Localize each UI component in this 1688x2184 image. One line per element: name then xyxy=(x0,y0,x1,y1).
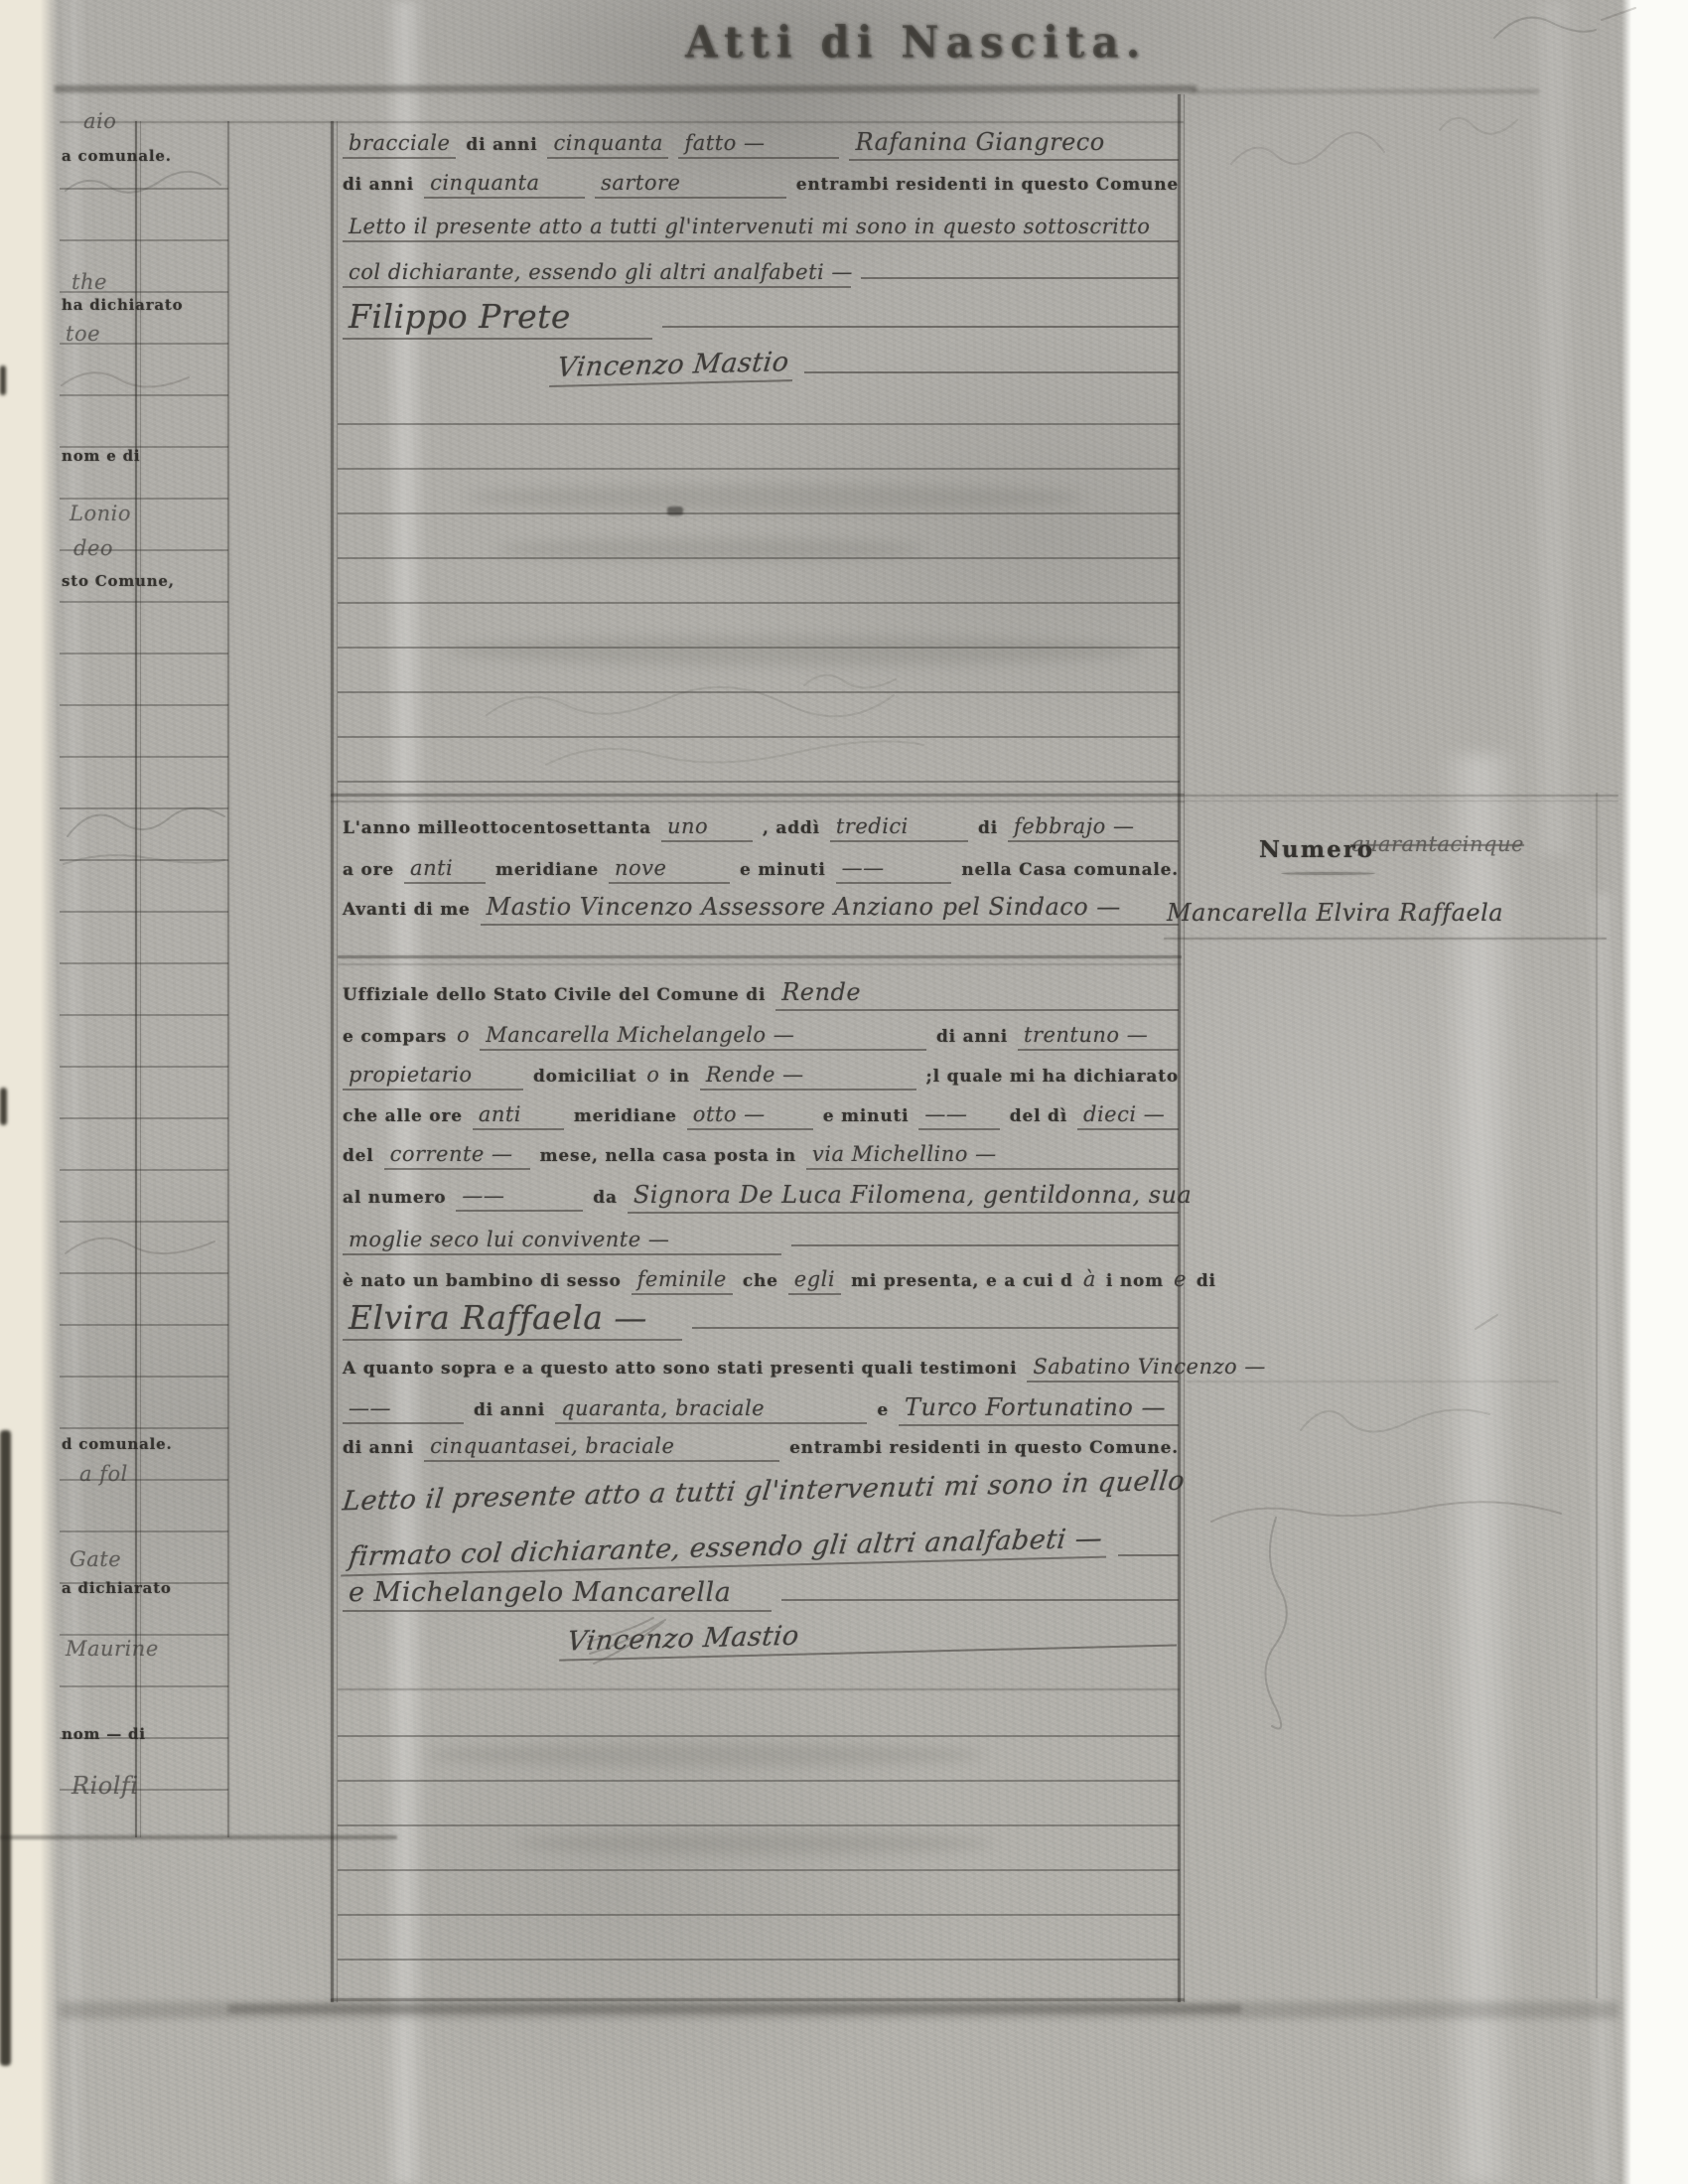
handwritten-entry: —— xyxy=(836,856,952,884)
margin-script-fragment: a fol xyxy=(79,1462,128,1486)
numero-underline xyxy=(1281,872,1375,875)
form-line: —— di anni quaranta, braciale e Turco Fo… xyxy=(343,1394,1179,1426)
form-line: col dichiarante, essendo gli altri analf… xyxy=(343,260,1179,288)
printed-label: Avanti di me xyxy=(343,900,471,921)
form-line: Letto il presente atto a tutti gl'interv… xyxy=(343,1476,1179,1507)
handwritten-entry: cinquanta xyxy=(547,131,668,159)
handwritten-entry: egli xyxy=(788,1267,841,1295)
officer-signature: Vincenzo Mastio xyxy=(549,347,796,387)
handwritten-entry: otto — xyxy=(687,1102,813,1130)
faded-signature-strokes xyxy=(427,655,1142,795)
margin-print-fragment: a dichiarato xyxy=(62,1579,172,1598)
printed-label: entrambi residenti in questo Comune xyxy=(796,175,1179,196)
form-line: L'anno milleottocentosettanta uno , addì… xyxy=(343,814,1179,842)
faded-stamp-smudge xyxy=(496,538,923,560)
form-line: al numero —— da Signora De Luca Filomena… xyxy=(343,1182,1179,1214)
handwritten-entry: Letto il presente atto a tutti gl'interv… xyxy=(343,215,1179,242)
printed-label: , addì xyxy=(763,818,820,839)
margin-script-fragment: Riolfi xyxy=(71,1773,138,1801)
margin-print-fragment: nom — di xyxy=(62,1725,146,1744)
printed-label: i nom xyxy=(1106,1271,1164,1292)
page-title: Atti di Nascita. xyxy=(685,21,1147,65)
handwritten-entry: nove xyxy=(609,856,730,884)
printed-label: e xyxy=(877,1400,889,1421)
form-line: Uffiziale dello Stato Civile del Comune … xyxy=(343,979,1179,1011)
form-line: che alle ore anti meridiane otto — e min… xyxy=(343,1102,1179,1130)
handwritten-entry: dieci — xyxy=(1077,1102,1179,1130)
handwritten-entry: via Michellino — xyxy=(806,1142,1179,1170)
form-box-bottom-rule xyxy=(331,1998,1185,2001)
margin-name-underline xyxy=(1164,938,1607,940)
handwritten-entry: sartore xyxy=(595,171,786,199)
handwritten-entry: Rende — xyxy=(700,1063,916,1091)
handwritten-entry: feminile xyxy=(632,1267,733,1295)
inner-divider xyxy=(338,955,1182,958)
ruled-blank xyxy=(662,324,1179,328)
child-name-script: Elvira Raffaela — xyxy=(343,1299,682,1341)
margin-script-fragment: aio xyxy=(83,109,116,133)
handwritten-entry: fatto — xyxy=(678,131,839,159)
form-line: a ore anti meridiane nove e minuti —— ne… xyxy=(343,856,1179,884)
printed-label: di anni xyxy=(343,1438,414,1459)
handwritten-entry: cinquantasei, braciale xyxy=(424,1434,779,1462)
signature-flourish xyxy=(576,1604,695,1674)
printed-label: e compars xyxy=(343,1027,447,1048)
printed-label: di xyxy=(978,818,998,839)
handwritten-entry: à xyxy=(1083,1267,1096,1291)
handwritten-entry: —— xyxy=(918,1102,999,1130)
handwritten-entry: e xyxy=(1174,1267,1187,1291)
handwritten-entry: trentuno — xyxy=(1018,1023,1179,1051)
handwritten-entry: tredici xyxy=(830,814,968,842)
printed-label: mese, nella casa posta in xyxy=(540,1146,796,1167)
header-rule xyxy=(1192,89,1539,93)
printed-label: domiciliat xyxy=(533,1067,636,1088)
faded-stamp-smudge xyxy=(516,1832,993,1854)
declarant-signature: e Michelangelo Mancarella xyxy=(343,1577,772,1612)
form-line: è nato un bambino di sesso feminile che … xyxy=(343,1267,1179,1295)
printed-label: che xyxy=(743,1271,778,1292)
handwritten-entry: Sabatino Vincenzo — xyxy=(1027,1355,1179,1383)
ruled-blank xyxy=(861,275,1179,279)
printed-label: di anni xyxy=(474,1400,545,1421)
form-line: Vincenzo Mastio xyxy=(343,1619,1179,1654)
binding-mark xyxy=(0,365,6,395)
printed-label: Uffiziale dello Stato Civile del Comune … xyxy=(343,985,766,1006)
printed-label: di xyxy=(1196,1271,1216,1292)
printed-label: è nato un bambino di sesso xyxy=(343,1271,622,1292)
ruled-blank xyxy=(781,1597,1179,1601)
printed-label: di anni xyxy=(466,135,537,156)
section-divider xyxy=(1185,795,1618,797)
form-line: propietario domiciliat o in Rende — ;l q… xyxy=(343,1063,1179,1091)
printed-label: del xyxy=(343,1146,374,1167)
form-line: moglie seco lui convivente — xyxy=(343,1228,1179,1255)
section-divider xyxy=(331,794,1185,797)
handwritten-entry: cinquanta xyxy=(424,171,585,199)
handwritten-entry: —— xyxy=(456,1184,583,1212)
form-line: Filippo Prete xyxy=(343,298,1179,340)
form-line: e Michelangelo Mancarella xyxy=(343,1577,1179,1612)
handwritten-entry: anti xyxy=(404,856,486,884)
form-box-left-rule xyxy=(331,121,334,2002)
ruled-blank xyxy=(791,1242,1179,1246)
form-line: Vincenzo Mastio xyxy=(343,350,1179,384)
printed-label: a ore xyxy=(343,860,394,881)
handwritten-entry: bracciale xyxy=(343,131,456,159)
form-line: bracciale di anni cinquanta fatto — Rafa… xyxy=(343,129,1179,161)
handwritten-entry: corrente — xyxy=(384,1142,530,1170)
handwritten-entry: —— xyxy=(343,1396,464,1424)
corner-pen-mark xyxy=(1484,0,1653,55)
ruled-line xyxy=(338,1688,1180,1690)
form-line: di anni cinquantasei, braciale entrambi … xyxy=(343,1434,1179,1462)
form-line: firmato col dichiarante, essendo gli alt… xyxy=(343,1532,1179,1567)
section-divider xyxy=(1185,801,1618,801)
right-page-edge xyxy=(1621,0,1688,2184)
printed-label: ;l quale mi ha dichiarato xyxy=(926,1067,1179,1088)
binding-shadow xyxy=(0,1430,11,2066)
handwritten-entry: Rafanina Giangreco xyxy=(849,129,1179,161)
printed-label: di anni xyxy=(936,1027,1008,1048)
handwritten-entry: febbrajo — xyxy=(1008,814,1179,842)
margin-script-fragment: Gate xyxy=(70,1547,121,1571)
handwritten-entry: Mastio Vincenzo Assessore Anziano pel Si… xyxy=(481,894,1179,926)
header-rule xyxy=(55,85,1196,92)
margin-script-fragment: Maurine xyxy=(66,1637,159,1661)
handwritten-entry: propietario xyxy=(343,1063,523,1091)
form-line: Letto il presente atto a tutti gl'interv… xyxy=(343,215,1179,242)
ruled-blank xyxy=(804,369,1179,373)
faded-stamp-smudge xyxy=(427,1743,983,1767)
form-line: Avanti di me Mastio Vincenzo Assessore A… xyxy=(343,894,1179,926)
printed-label: di anni xyxy=(343,175,414,196)
closing-script-line: Letto il presente atto a tutti gl'interv… xyxy=(341,1466,1187,1518)
handwritten-entry: moglie seco lui convivente — xyxy=(343,1228,781,1255)
printed-label: al numero xyxy=(343,1188,446,1209)
bottom-smear-band xyxy=(228,2004,1241,2013)
binding-mark xyxy=(0,1088,7,1125)
handwritten-entry: Rende xyxy=(775,979,1179,1011)
handwritten-name: Filippo Prete xyxy=(343,298,652,340)
numero-value-script: quarantacinque xyxy=(1350,832,1524,856)
closing-script-line: firmato col dichiarante, essendo gli alt… xyxy=(341,1524,1110,1577)
handwritten-entry: quaranta, braciale xyxy=(555,1396,867,1424)
form-line: e compars o Mancarella Michelangelo — di… xyxy=(343,1023,1179,1051)
printed-label: e minuti xyxy=(823,1106,910,1127)
form-line: del corrente — mese, nella casa posta in… xyxy=(343,1142,1179,1170)
ruled-blank xyxy=(1118,1552,1179,1556)
printed-label: del dì xyxy=(1010,1106,1067,1127)
form-line: di anni cinquanta sartore entrambi resid… xyxy=(343,171,1179,199)
form-line: Elvira Raffaela — xyxy=(343,1299,1179,1341)
printed-label: e minuti xyxy=(740,860,826,881)
handwritten-entry: col dichiarante, essendo gli altri analf… xyxy=(343,260,851,288)
printed-label: meridiane xyxy=(495,860,599,881)
margin-name-script: Mancarella Elvira Raffaela xyxy=(1167,900,1503,928)
faded-stamp-smudge xyxy=(467,485,1082,510)
handwritten-entry: Turco Fortunatino — xyxy=(899,1394,1179,1426)
handwritten-entry: Signora De Luca Filomena, gentildonna, s… xyxy=(628,1182,1179,1214)
scanned-birth-record-page: Atti di Nascita. aio a comunale. the ha … xyxy=(0,0,1688,2184)
printed-label: mi presenta, e a cui d xyxy=(851,1271,1073,1292)
form-line: A quanto sopra e a questo atto sono stat… xyxy=(343,1355,1179,1383)
margin-print-fragment: d comunale. xyxy=(62,1435,173,1454)
margin-pen-strokes xyxy=(58,169,231,1301)
handwritten-entry: o xyxy=(457,1023,470,1047)
printed-label: meridiane xyxy=(574,1106,677,1127)
inner-divider xyxy=(338,963,1182,965)
ink-blot xyxy=(667,507,683,515)
margin-print-fragment: a comunale. xyxy=(62,147,172,166)
printed-label: in xyxy=(669,1067,689,1088)
printed-label: nella Casa comunale. xyxy=(961,860,1179,881)
printed-label: L'anno milleottocentosettanta xyxy=(343,818,651,839)
handwritten-entry: uno xyxy=(661,814,753,842)
handwritten-entry: o xyxy=(646,1063,659,1087)
printed-label: entrambi residenti in questo Comune. xyxy=(789,1438,1179,1459)
printed-label: da xyxy=(593,1188,618,1209)
printed-label: A quanto sopra e a questo atto sono stat… xyxy=(343,1359,1017,1380)
section-divider xyxy=(331,801,1185,802)
handwritten-entry: anti xyxy=(473,1102,564,1130)
handwritten-entry: Mancarella Michelangelo — xyxy=(480,1023,926,1051)
ruled-blank xyxy=(692,1325,1179,1329)
printed-label: che alle ore xyxy=(343,1106,463,1127)
margin-pen-strokes xyxy=(1192,94,1628,253)
